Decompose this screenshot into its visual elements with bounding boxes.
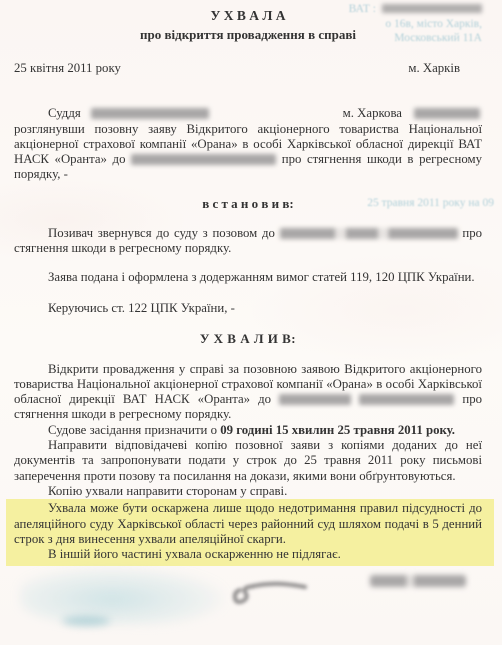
redacted-defendant-name xyxy=(359,394,454,405)
redacted-defendant-name xyxy=(280,228,458,239)
copy-parties-paragraph: Копію ухвали направити сторонам у справі… xyxy=(14,484,482,499)
date-place-row: 25 квітня 2011 року м. Харків xyxy=(14,61,482,76)
court-ruling-scanned-page: ВАТ : о 16в, місто Харків, Московський 1… xyxy=(0,0,502,645)
ruled-heading: У Х В А Л И В: xyxy=(14,331,482,346)
judge-label: Суддя xyxy=(48,106,81,121)
ruling-place: м. Харків xyxy=(408,61,460,76)
redacted-defendant-name xyxy=(131,154,276,165)
document-subtitle: про відкриття провадження в справі xyxy=(14,27,482,42)
claim-paragraph: Позивач звернувся до суду з позовом до п… xyxy=(14,226,482,257)
legal-basis-paragraph: Керуючись ст. 122 ЦПК України, - xyxy=(14,301,482,316)
intro-paragraph: Суддя м. Харкова розглянувши позовну зая… xyxy=(14,107,482,183)
appeal-highlight-block: Ухвала може бути оскаржена лише щодо нед… xyxy=(6,499,494,566)
judge-signature-scribble xyxy=(226,576,316,610)
hearing-text: Судове засідання призначити о xyxy=(48,423,217,437)
document-header: У Х В А Л А про відкриття провадження в … xyxy=(14,8,482,42)
final-note: В іншій його частині ухвала оскарженню н… xyxy=(14,547,482,562)
redacted-defendant-name xyxy=(279,394,351,405)
statement-paragraph: Заява подана і оформлена з додержанням в… xyxy=(14,270,482,285)
send-copy-paragraph: Направити відповідачеві копію позовної з… xyxy=(14,438,482,484)
hearing-datetime: 09 годині 15 хвилин 25 травня 2011 року. xyxy=(220,423,455,437)
hearing-paragraph: Судове засідання призначити о 09 годині … xyxy=(14,423,482,438)
claim-text-a: Позивач звернувся до суду з позовом до xyxy=(48,226,275,240)
judge-line: Суддя м. Харкова xyxy=(14,107,482,122)
open-proceedings-paragraph: Відкрити провадження у справі за позовно… xyxy=(14,362,482,423)
established-heading: в с т а н о в и в: xyxy=(14,196,482,211)
redacted-judge-name-signature xyxy=(370,575,466,587)
redacted-judge-name xyxy=(91,108,209,119)
appeal-note: Ухвала може бути оскаржена лише щодо нед… xyxy=(14,501,482,547)
ruling-date: 25 квітня 2011 року xyxy=(14,61,121,76)
intro-body: розглянувши позовну заяву Відкритого акц… xyxy=(14,122,482,183)
signature-area xyxy=(14,566,482,636)
redacted-court-name xyxy=(414,108,480,119)
city-label: м. Харкова xyxy=(343,106,402,121)
document-title: У Х В А Л А xyxy=(14,8,482,24)
stamp-bleed-smudge xyxy=(20,567,225,625)
